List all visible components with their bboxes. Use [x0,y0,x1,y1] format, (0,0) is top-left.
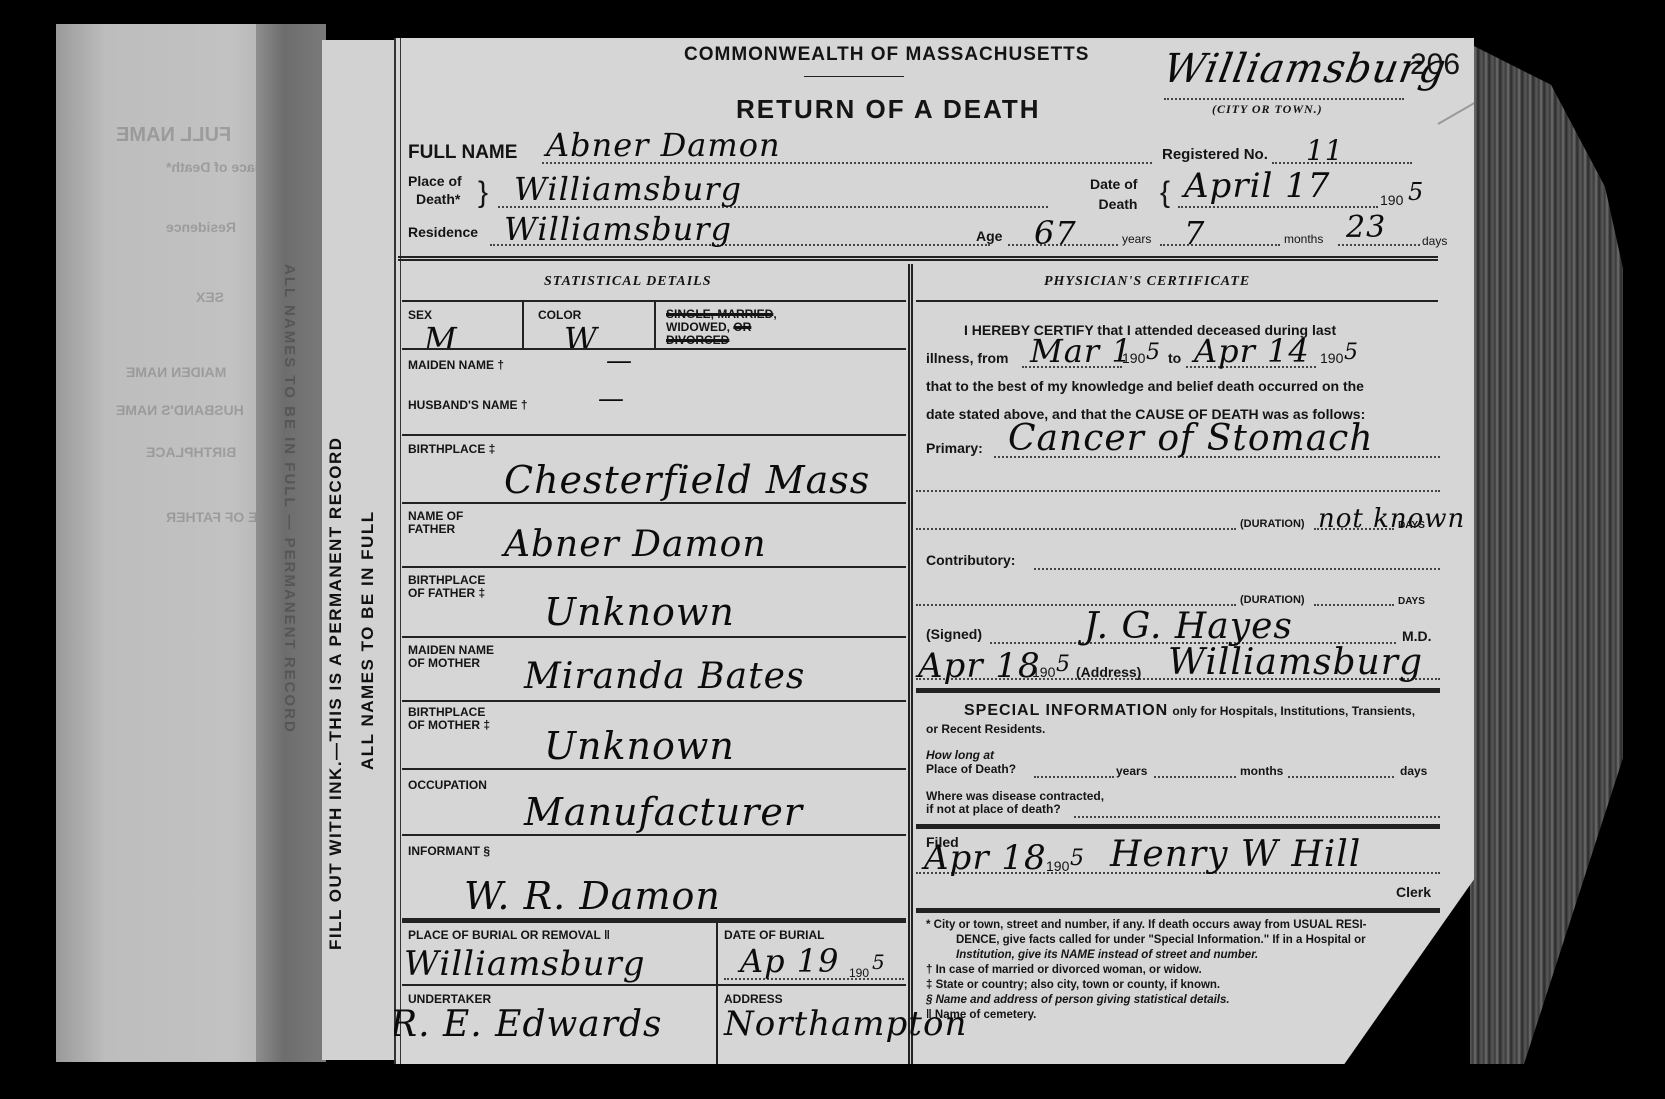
signed-value: J. G. Hayes [1084,606,1293,647]
full-name-label: FULL NAME [408,142,517,164]
undertaker-value: R. E. Edwards [390,1004,663,1045]
place-label-line2: Death* [408,190,462,208]
stat-rule [402,834,906,836]
place-label: Place of Death* [408,172,462,208]
ghost-label: HUSBAND'S NAME [116,402,244,418]
days-label: days [1422,234,1447,248]
burial-year-suffix: 5 [872,950,886,974]
mother-label: MAIDEN NAME OF MOTHER [408,644,494,670]
brace: } [478,176,488,210]
contributory-label: Contributory: [926,552,1015,568]
where-line2: if not at place of death? [926,803,1104,816]
ghost-label: BIRTHPLACE [146,444,236,460]
maiden-name-label: MAIDEN NAME † [408,358,504,372]
age-days-value: 23 [1346,210,1386,245]
residence-label: Residence [408,224,478,240]
date-label-line2: Death [1090,194,1137,214]
how-long-line2: Place of Death? [926,762,1016,776]
city-value: Williamsburg [1160,46,1450,92]
marital-comma: , [773,307,776,321]
ghost-vertical-text: ALL NAMES TO BE IN FULL — PERMANENT RECO… [278,264,298,1024]
footnote-star: * City or town, street and number, if an… [926,918,1367,933]
how-long-months-dots [1154,776,1236,778]
special-info-subtitle: only for Hospitals, Institutions, Transi… [1172,704,1415,718]
sex-color-divider [522,300,524,348]
husband-name-label: HUSBAND'S NAME † [408,398,528,412]
informant-label: INFORMANT § [408,844,490,858]
city-caption: (CITY OR TOWN.) [1212,102,1323,117]
registered-label: Registered No. [1162,146,1268,163]
mother-label-line2: OF MOTHER [408,657,494,670]
city-dots [1164,98,1404,100]
physician-heading: PHYSICIAN'S CERTIFICATE [1044,274,1250,290]
stat-rule [402,348,906,350]
special-info-heading: SPECIAL INFORMATION only for Hospitals, … [964,702,1415,720]
header-divider [804,76,904,77]
residence-value: Williamsburg [504,210,732,248]
date-year-prefix: 190 [1380,192,1403,208]
date-label: Date of Death [1090,174,1137,214]
father-value: Abner Damon [504,524,767,565]
signed-year-suffix: 5 [1056,652,1071,677]
burial-year-prefix: 190 [849,966,869,980]
clerk-signature: Henry W Hill [1110,834,1361,875]
page-stack-edge [1470,44,1650,1064]
occupation-label: OCCUPATION [408,778,487,792]
duration-dots [916,528,1236,530]
to-label: to [1168,350,1181,366]
husband-name-value: — [598,384,625,414]
burial-divider [716,922,718,1064]
stat-thick-rule [402,918,906,923]
filed-date-value: Apr 18 [924,838,1047,878]
how-long-months-label: months [1240,764,1283,778]
signed-date-value: Apr 18 [918,646,1041,686]
clerk-label: Clerk [1396,884,1431,900]
father-birthplace-label-line2: OF FATHER ‡ [408,587,485,600]
age-months-dots [1160,244,1280,246]
primary-value: Cancer of Stomach [1008,418,1374,459]
statistical-heading: STATISTICAL DETAILS [544,274,711,290]
how-long-days-dots [1288,776,1394,778]
page-number: 206 [1410,48,1460,82]
certify-line3: that to the best of my knowledge and bel… [926,378,1364,394]
place-label-line1: Place of [408,172,462,190]
ink-instruction: FILL OUT WITH INK.—THIS IS A PERMANENT R… [326,190,346,950]
birthplace-label: BIRTHPLACE ‡ [408,442,495,456]
father-birthplace-value: Unknown [544,590,735,634]
marital-status: SINGLE, MARRIED, WIDOWED, OR DIVORCED [666,308,777,347]
filed-year-suffix: 5 [1070,846,1085,871]
stat-rule [402,502,906,504]
year1-prefix: 190 [1122,350,1145,366]
year2-prefix: 190 [1320,350,1343,366]
stat-rule [402,566,906,568]
book-gutter: ALL NAMES TO BE IN FULL — PERMANENT RECO… [256,24,326,1062]
occupation-value: Manufacturer [524,790,803,834]
age-label: Age [976,228,1002,244]
informant-value: W. R. Damon [464,874,721,918]
header-section-divider [398,256,1438,261]
ghost-label: Place of Death* [166,159,268,175]
marital-struck-or: OR [733,320,751,334]
maiden-name-value: — [606,346,633,376]
special-thick-rule [916,824,1440,829]
phys-thick-rule [916,688,1440,693]
father-label: NAME OF FATHER [408,510,463,536]
footnote-star-cont2: Institution, give its NAME instead of st… [926,948,1367,963]
ghost-label: Residence [166,219,236,235]
marital-struck-single-married: SINGLE, MARRIED [666,307,773,321]
illness-from-label: illness, from [926,350,1008,366]
page-title: RETURN OF A DEATH [736,94,1041,125]
father-label-line2: FATHER [408,523,463,536]
how-long-years-dots [1034,776,1114,778]
duration2-days-label: DAYS [1398,596,1425,607]
signed-year-prefix: 190 [1032,664,1055,680]
state-heading: COMMONWEALTH OF MASSACHUSETTS [684,44,1089,66]
year1-suffix: 5 [1146,340,1161,365]
footnote-star-cont: DENCE, give facts called for under "Spec… [926,933,1367,948]
duration2-label: (DURATION) [1240,594,1305,606]
filed-thick-rule [916,908,1440,913]
footnotes: * City or town, street and number, if an… [926,918,1367,1023]
duration-days-label: DAYS [1398,520,1425,531]
how-long-years-label: years [1116,764,1147,778]
filed-year-prefix: 190 [1046,858,1069,874]
special-info-line2: or Recent Residents. [926,722,1045,736]
marital-struck-divorced: DIVORCED [666,333,729,347]
burial-date-label: DATE OF BURIAL [724,928,824,942]
stat-rule [402,700,906,702]
where-dots [1074,816,1440,818]
contributory-dots [1034,568,1440,570]
ghost-label: FULL NAME [116,124,231,147]
how-long-days-label: days [1400,764,1427,778]
date-value: April 17 [1184,166,1330,206]
footnote-double-dagger: ‡ State or country; also city, town or c… [926,978,1367,993]
illness-from-value: Mar 1 [1030,332,1133,370]
date-label-line1: Date of [1090,174,1137,194]
names-instruction: ALL NAMES TO BE IN FULL [358,400,378,770]
ghost-label: SEX [196,289,224,305]
illness-to-value: Apr 14 [1194,332,1310,370]
duration-label: (DURATION) [1240,518,1305,530]
side-instruction-strip: FILL OUT WITH INK.—THIS IS A PERMANENT R… [322,40,394,1060]
stat-rule [402,636,906,638]
sex-value: M [424,320,458,358]
burial-place-label: PLACE OF BURIAL OR REMOVAL ‖ [408,928,610,942]
duration2-value-dots [1314,604,1394,606]
primary-label: Primary: [926,440,983,456]
age-years-value: 67 [1034,214,1077,252]
stat-rule [402,434,906,436]
footnote-section: § Name and address of person giving stat… [926,993,1367,1008]
registered-value: 11 [1306,134,1344,167]
years-label: years [1122,232,1151,246]
marital-widowed: WIDOWED, [666,320,730,334]
stat-rule [402,984,906,986]
mother-birthplace-label-line2: OF MOTHER ‡ [408,719,490,732]
brace: { [1160,176,1170,210]
months-label: months [1284,232,1323,246]
death-return-form: COMMONWEALTH OF MASSACHUSETTS RETURN OF … [394,38,1474,1064]
color-marital-divider [654,300,656,348]
color-value: W [564,320,598,358]
stat-rule [402,768,906,770]
date-dots [1178,206,1378,208]
special-info-title: SPECIAL INFORMATION [964,702,1168,719]
phys-rule [916,300,1438,302]
full-name-value: Abner Damon [546,126,781,164]
mother-birthplace-label: BIRTHPLACE OF MOTHER ‡ [408,706,490,732]
signed-label: (Signed) [926,626,982,642]
burial-place-value: Williamsburg [404,944,645,984]
birthplace-value: Chesterfield Mass [504,458,870,502]
physician-address-label: (Address) [1076,664,1141,680]
place-value: Williamsburg [514,170,742,208]
footnote-parallel: ‖ Name of cemetery. [926,1008,1367,1023]
burial-date-value: Ap 19 [740,942,839,980]
year2-suffix: 5 [1344,340,1359,365]
mother-value: Miranda Bates [524,656,805,697]
mother-birthplace-value: Unknown [544,724,735,768]
physician-address-value: Williamsburg [1168,642,1423,683]
primary-dots-2 [916,490,1440,492]
ghost-label: MAIDEN NAME [126,364,226,380]
footnote-dagger: † In case of married or divorced woman, … [926,963,1367,978]
duration-value: not known [1318,504,1465,534]
how-long-label: How long at Place of Death? [926,748,1016,776]
where-contracted-label: Where was disease contracted, if not at … [926,790,1104,816]
how-long-line1: How long at [926,748,1016,762]
column-divider [908,264,913,1064]
date-year-suffix: 5 [1408,178,1424,206]
age-months-value: 7 [1184,214,1205,252]
father-birthplace-label: BIRTHPLACE OF FATHER ‡ [408,574,485,600]
